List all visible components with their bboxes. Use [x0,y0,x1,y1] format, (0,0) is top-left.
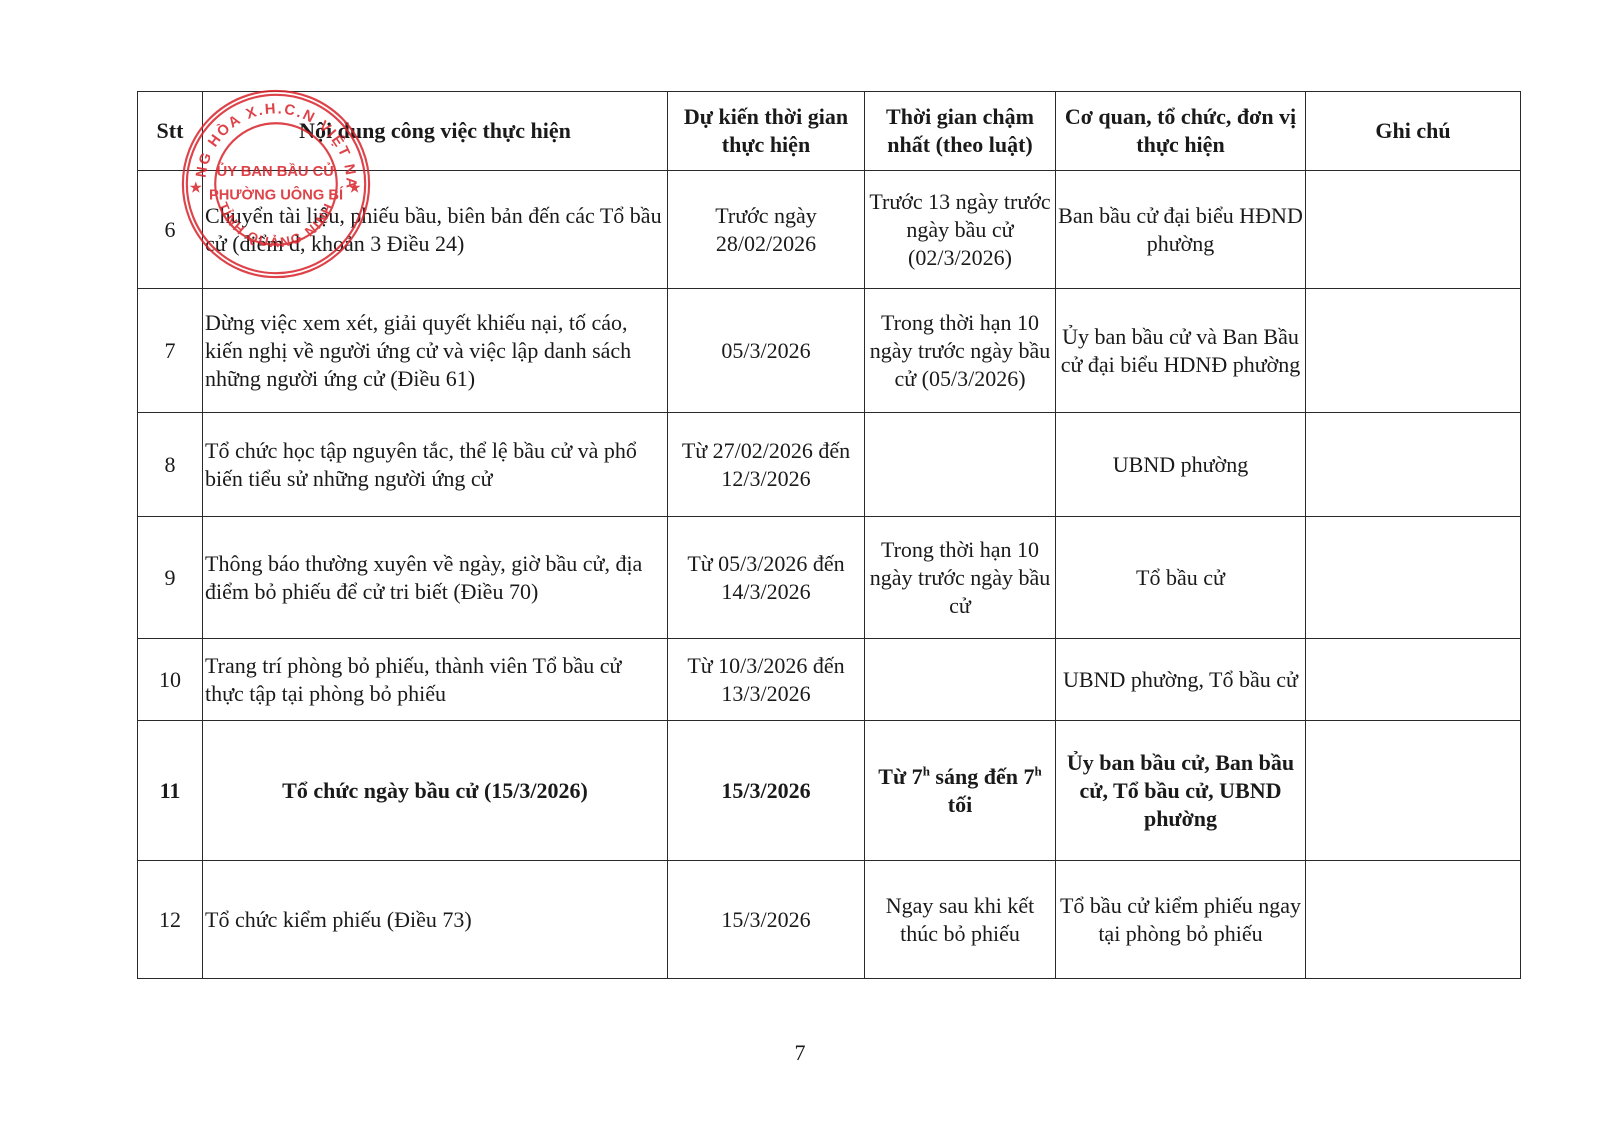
task-cell: Tổ chức học tập nguyên tắc, thể lệ bầu c… [203,413,668,517]
deadline-cell: Từ 7h sáng đến 7h tối [865,721,1056,861]
task-cell: Tổ chức kiểm phiếu (Điều 73) [203,861,668,979]
deadline-cell: Trong thời hạn 10 ngày trước ngày bầu cử… [865,289,1056,413]
agency-cell: Ủy ban bầu cử và Ban Bầu cử đại biểu HDN… [1056,289,1306,413]
note-cell [1306,413,1521,517]
table-body: 6Chuyển tài liệu, phiếu bầu, biên bản đế… [138,171,1521,979]
plan-cell: 15/3/2026 [668,721,865,861]
plan-cell: 15/3/2026 [668,861,865,979]
task-cell: Chuyển tài liệu, phiếu bầu, biên bản đến… [203,171,668,289]
plan-cell: Trước ngày 28/02/2026 [668,171,865,289]
stt-cell: 11 [138,721,203,861]
agency-cell: Ban bầu cử đại biểu HĐND phường [1056,171,1306,289]
table-row: 8Tổ chức học tập nguyên tắc, thể lệ bầu … [138,413,1521,517]
deadline-cell [865,639,1056,721]
stt-cell: 8 [138,413,203,517]
header-note: Ghi chú [1306,92,1521,171]
stt-cell: 6 [138,171,203,289]
header-stt: Stt [138,92,203,171]
deadline-cell [865,413,1056,517]
note-cell [1306,171,1521,289]
note-cell [1306,639,1521,721]
header-plan: Dự kiến thời gian thực hiện [668,92,865,171]
plan-cell: Từ 10/3/2026 đến 13/3/2026 [668,639,865,721]
task-cell: Tổ chức ngày bầu cử (15/3/2026) [203,721,668,861]
stt-cell: 9 [138,517,203,639]
table-header-row: Stt Nội dung công việc thực hiện Dự kiến… [138,92,1521,171]
table-row: 9Thông báo thường xuyên về ngày, giờ bầu… [138,517,1521,639]
table-row: 11Tổ chức ngày bầu cử (15/3/2026)15/3/20… [138,721,1521,861]
header-agency: Cơ quan, tổ chức, đơn vị thực hiện [1056,92,1306,171]
page-number: 7 [0,1040,1600,1066]
task-cell: Thông báo thường xuyên về ngày, giờ bầu … [203,517,668,639]
table-row: 10Trang trí phòng bỏ phiếu, thành viên T… [138,639,1521,721]
table-row: 7Dừng việc xem xét, giải quyết khiếu nại… [138,289,1521,413]
plan-cell: 05/3/2026 [668,289,865,413]
note-cell [1306,861,1521,979]
stt-cell: 12 [138,861,203,979]
agency-cell: Ủy ban bầu cử, Ban bầu cử, Tổ bầu cử, UB… [1056,721,1306,861]
deadline-cell: Ngay sau khi kết thúc bỏ phiếu [865,861,1056,979]
deadline-cell: Trong thời hạn 10 ngày trước ngày bầu cử [865,517,1056,639]
note-cell [1306,517,1521,639]
table-row: 12Tổ chức kiểm phiếu (Điều 73)15/3/2026N… [138,861,1521,979]
document-page: Stt Nội dung công việc thực hiện Dự kiến… [0,0,1600,1136]
note-cell [1306,721,1521,861]
task-cell: Dừng việc xem xét, giải quyết khiếu nại,… [203,289,668,413]
task-cell: Trang trí phòng bỏ phiếu, thành viên Tổ … [203,639,668,721]
stt-cell: 7 [138,289,203,413]
plan-cell: Từ 05/3/2026 đến 14/3/2026 [668,517,865,639]
agency-cell: Tổ bầu cử [1056,517,1306,639]
table-row: 6Chuyển tài liệu, phiếu bầu, biên bản đế… [138,171,1521,289]
election-schedule-table: Stt Nội dung công việc thực hiện Dự kiến… [137,91,1521,979]
agency-cell: UBND phường, Tổ bầu cử [1056,639,1306,721]
header-task: Nội dung công việc thực hiện [203,92,668,171]
deadline-cell: Trước 13 ngày trước ngày bầu cử (02/3/20… [865,171,1056,289]
stt-cell: 10 [138,639,203,721]
header-deadline: Thời gian chậm nhất (theo luật) [865,92,1056,171]
agency-cell: UBND phường [1056,413,1306,517]
plan-cell: Từ 27/02/2026 đến 12/3/2026 [668,413,865,517]
agency-cell: Tổ bầu cử kiểm phiếu ngay tại phòng bỏ p… [1056,861,1306,979]
note-cell [1306,289,1521,413]
